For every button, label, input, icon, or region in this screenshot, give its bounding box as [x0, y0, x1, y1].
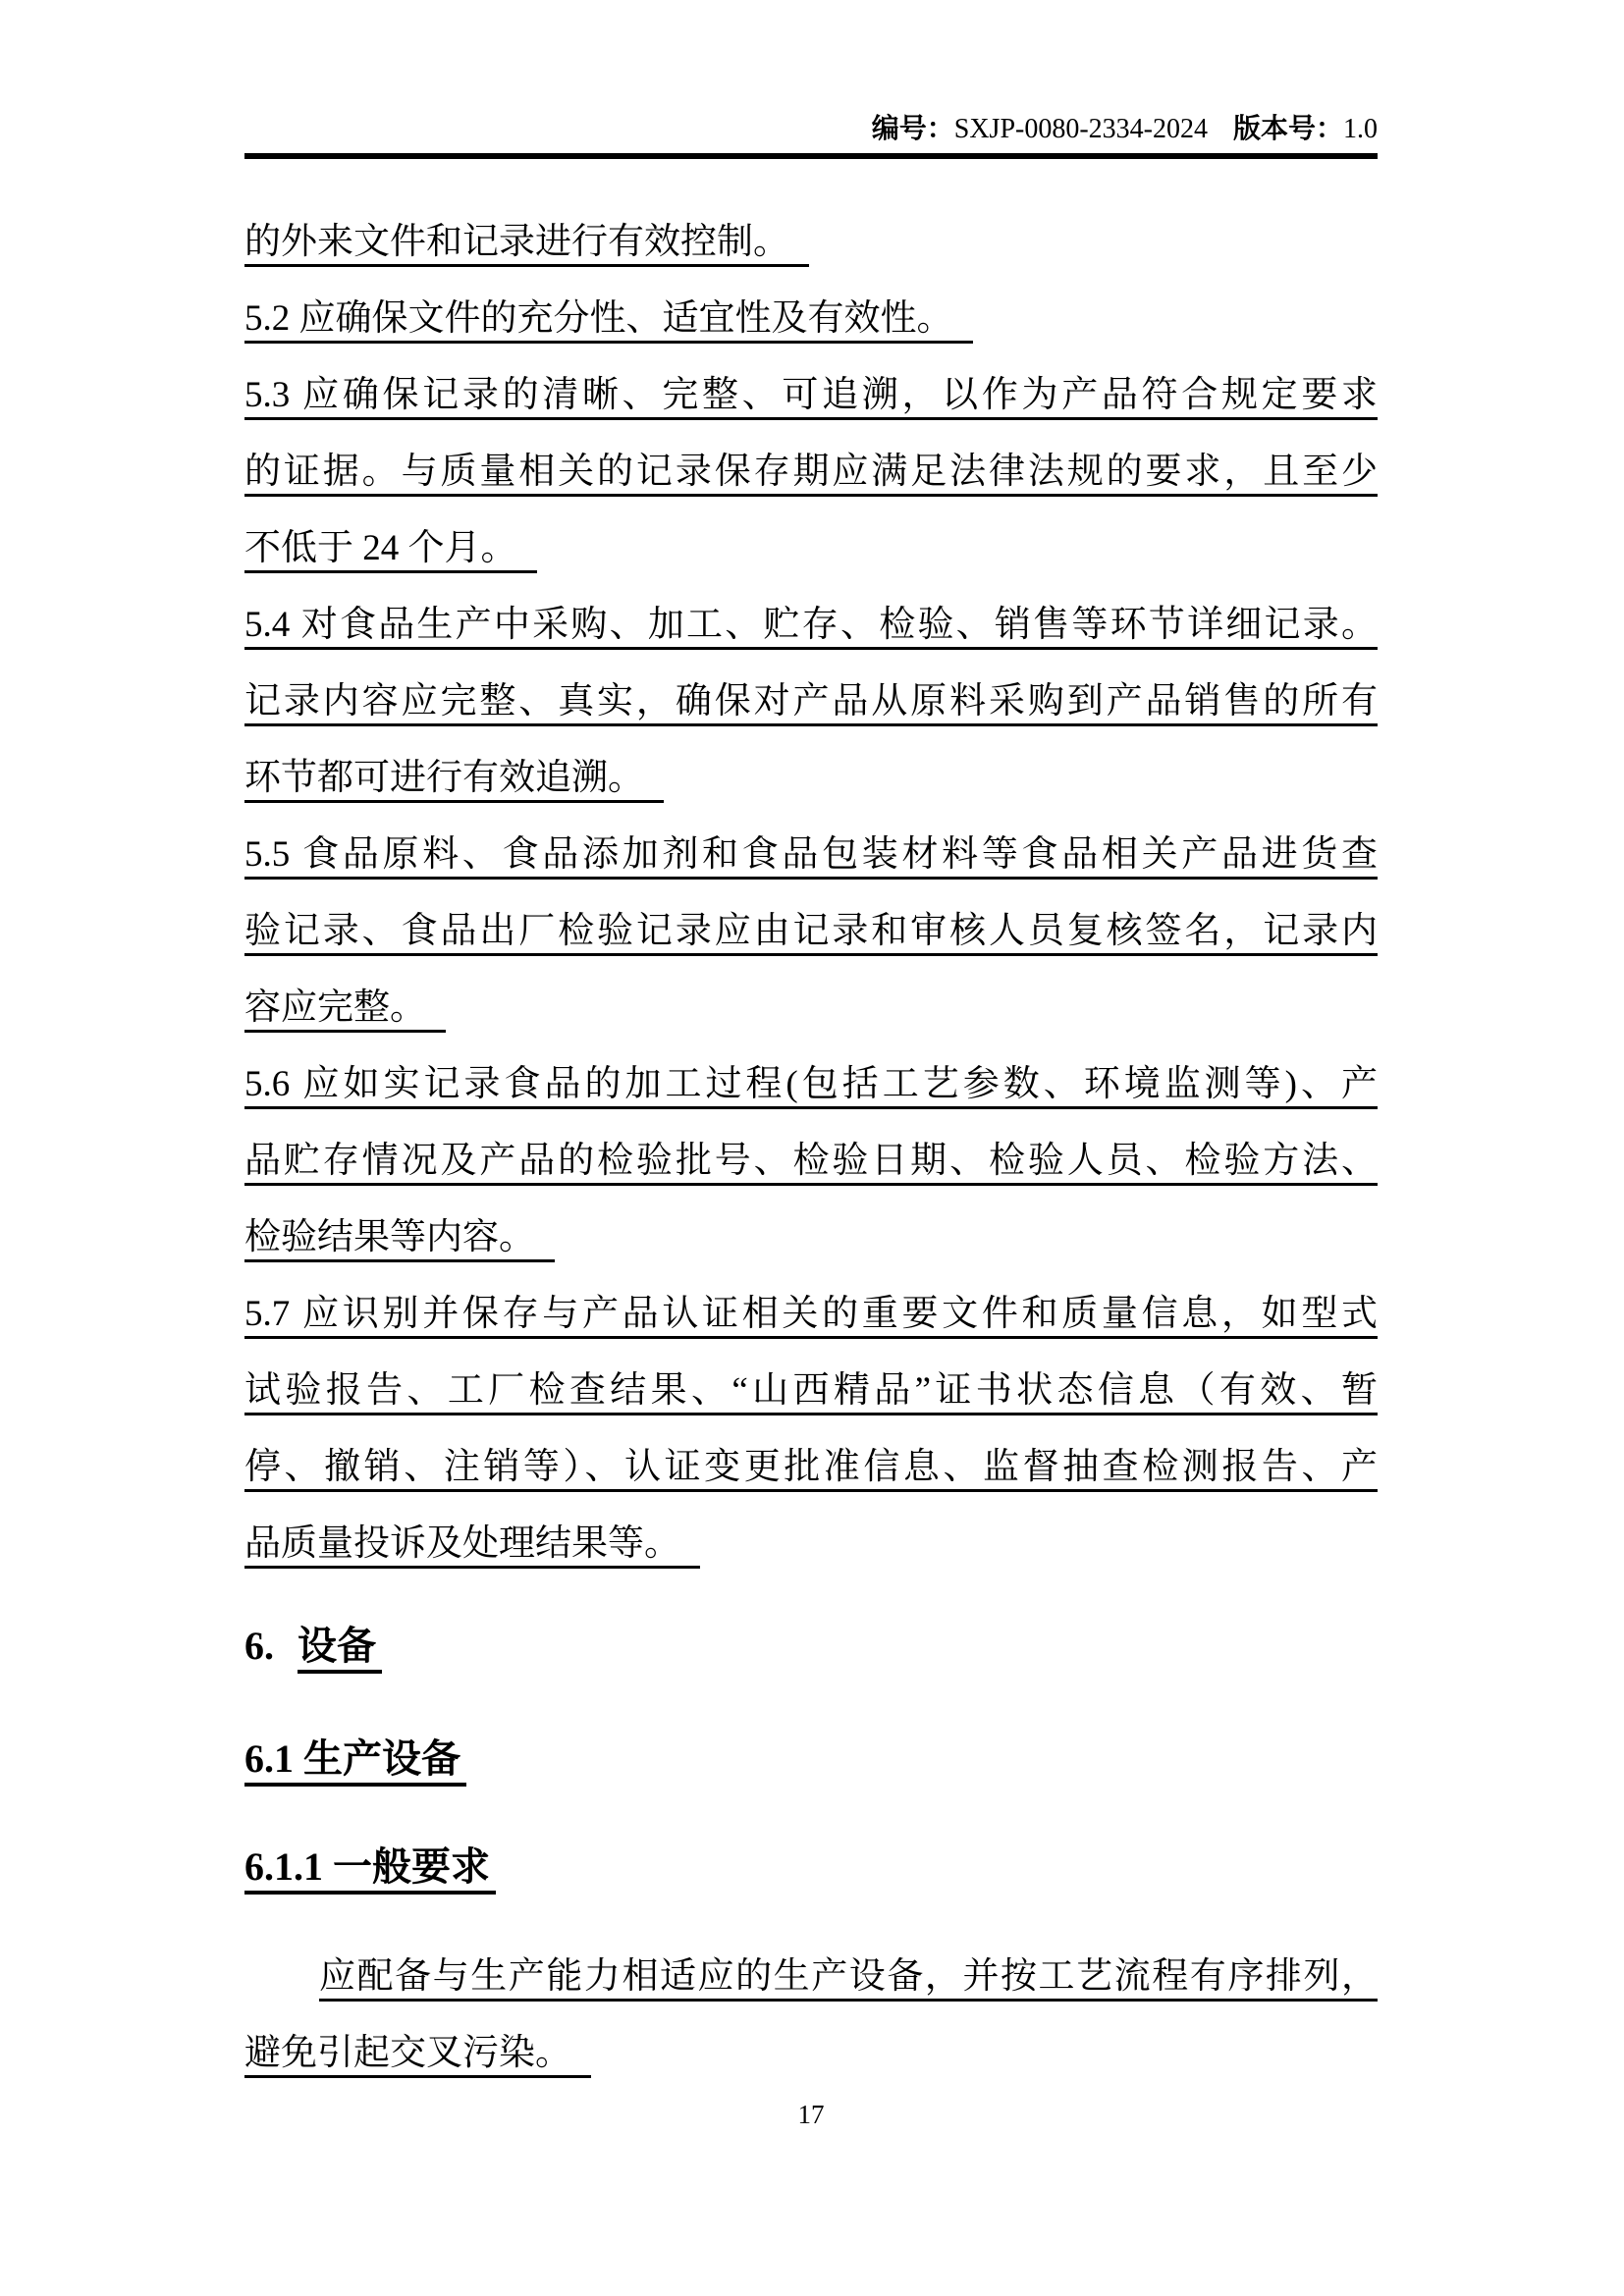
paragraph: 应配备与生产能力相适应的生产设备，并按工艺流程有序排列， 避免引起交叉污染。 [244, 1939, 1378, 2092]
text-line-content: 5.4 对食品生产中采购、加工、贮存、检验、销售等环节详细记录。 [244, 587, 1378, 650]
page-number: 17 [244, 2100, 1378, 2129]
text-line-content: 5.2 应确保文件的充分性、适宜性及有效性。 [244, 281, 973, 344]
doc-code-value: SXJP-0080-2334-2024 [954, 114, 1208, 144]
text-line-content: 试验报告、工厂检查结果、“山西精品”证书状态信息（有效、暂 [244, 1353, 1378, 1415]
text-line-content: 记录内容应完整、真实，确保对产品从原料采购到产品销售的所有 [244, 664, 1378, 726]
text-line: 停、撤销、注销等）、认证变更批准信息、监督抽查检测报告、产 [244, 1429, 1378, 1506]
section-title: 6.1.1 一般要求 [244, 1844, 496, 1895]
text-line: 验记录、食品出厂检验记录应由记录和审核人员复核签名，记录内 [244, 893, 1378, 970]
section-title: 设备 [298, 1624, 382, 1674]
section-heading-6-1: 6.1 生产设备 [244, 1721, 1378, 1797]
text-line-content: 5.6 应如实记录食品的加工过程(包括工艺参数、环境监测等)、产 [244, 1046, 1378, 1109]
text-line-content: 5.3 应确保记录的清晰、完整、可追溯，以作为产品符合规定要求 [244, 357, 1378, 420]
text-line: 5.3 应确保记录的清晰、完整、可追溯，以作为产品符合规定要求 [244, 357, 1378, 434]
text-line: 不低于 24 个月。 [244, 510, 1378, 587]
document-page: 编号：SXJP-0080-2334-2024版本号：1.0 的外来文件和记录进行… [0, 0, 1624, 2296]
section-number: 6. [244, 1624, 274, 1668]
doc-version-value: 1.0 [1343, 114, 1378, 144]
document-body: 的外来文件和记录进行有效控制。 5.2 应确保文件的充分性、适宜性及有效性。 5… [244, 204, 1378, 2129]
text-line: 5.7 应识别并保存与产品认证相关的重要文件和质量信息，如型式 [244, 1276, 1378, 1353]
text-line: 应配备与生产能力相适应的生产设备，并按工艺流程有序排列， [244, 1939, 1378, 2015]
text-line-content: 验记录、食品出厂检验记录应由记录和审核人员复核签名，记录内 [244, 893, 1378, 956]
doc-version-label: 版本号： [1233, 114, 1343, 144]
text-line: 试验报告、工厂检查结果、“山西精品”证书状态信息（有效、暂 [244, 1353, 1378, 1429]
text-line-content: 的证据。与质量相关的记录保存期应满足法律法规的要求，且至少 [244, 434, 1378, 497]
section-title: 6.1 生产设备 [244, 1736, 466, 1787]
text-line: 记录内容应完整、真实，确保对产品从原料采购到产品销售的所有 [244, 664, 1378, 740]
text-line-content: 避免引起交叉污染。 [244, 2015, 591, 2078]
text-line: 的外来文件和记录进行有效控制。 [244, 204, 1378, 281]
text-line: 5.4 对食品生产中采购、加工、贮存、检验、销售等环节详细记录。 [244, 587, 1378, 664]
text-line-content: 5.5 食品原料、食品添加剂和食品包装材料等食品相关产品进货查 [244, 817, 1378, 880]
text-line: 5.2 应确保文件的充分性、适宜性及有效性。 [244, 281, 1378, 357]
section-heading-6: 6.设备 [244, 1608, 1378, 1684]
text-line: 品质量投诉及处理结果等。 [244, 1506, 1378, 1582]
text-line-content: 5.7 应识别并保存与产品认证相关的重要文件和质量信息，如型式 [244, 1276, 1378, 1339]
text-line-content: 环节都可进行有效追溯。 [244, 740, 664, 803]
text-line: 的证据。与质量相关的记录保存期应满足法律法规的要求，且至少 [244, 434, 1378, 510]
text-line-content: 检验结果等内容。 [244, 1200, 555, 1262]
text-line-content: 品质量投诉及处理结果等。 [244, 1506, 700, 1569]
text-line: 容应完整。 [244, 970, 1378, 1046]
text-line: 环节都可进行有效追溯。 [244, 740, 1378, 817]
text-line-content: 的外来文件和记录进行有效控制。 [244, 204, 809, 267]
text-line: 5.6 应如实记录食品的加工过程(包括工艺参数、环境监测等)、产 [244, 1046, 1378, 1123]
text-line-content: 不低于 24 个月。 [244, 510, 537, 573]
section-heading-6-1-1: 6.1.1 一般要求 [244, 1829, 1378, 1905]
text-line-content: 停、撤销、注销等）、认证变更批准信息、监督抽查检测报告、产 [244, 1429, 1378, 1492]
text-line-content: 品贮存情况及产品的检验批号、检验日期、检验人员、检验方法、 [244, 1123, 1378, 1186]
text-line-content: 应配备与生产能力相适应的生产设备，并按工艺流程有序排列， [319, 1939, 1378, 2002]
text-line: 检验结果等内容。 [244, 1200, 1378, 1276]
text-line: 避免引起交叉污染。 [244, 2015, 1378, 2092]
text-line: 品贮存情况及产品的检验批号、检验日期、检验人员、检验方法、 [244, 1123, 1378, 1200]
text-line-content: 容应完整。 [244, 970, 446, 1033]
doc-code-label: 编号： [872, 114, 954, 144]
header-rule [244, 153, 1378, 159]
document-header-meta: 编号：SXJP-0080-2334-2024版本号：1.0 [872, 114, 1378, 145]
text-line: 5.5 食品原料、食品添加剂和食品包装材料等食品相关产品进货查 [244, 817, 1378, 893]
